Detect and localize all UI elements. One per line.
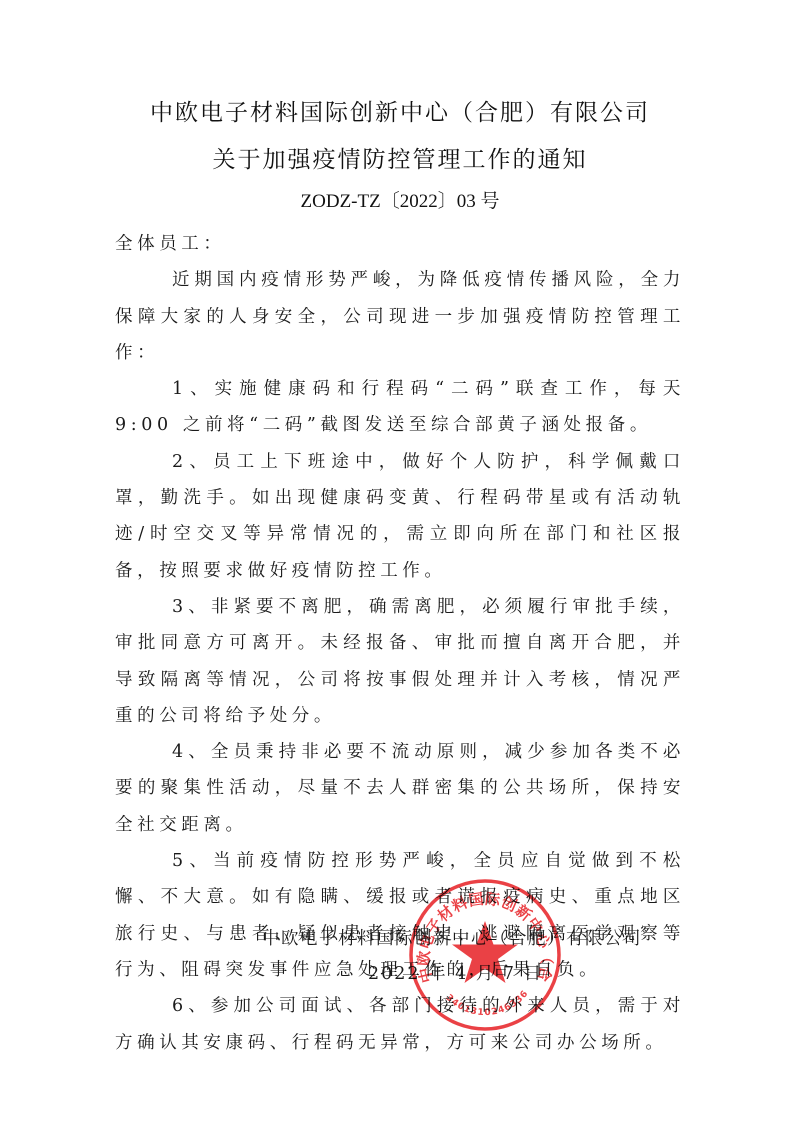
paragraph-item-1: 1、实施健康码和行程码“二码”联查工作，每天 9:00 之前将“二码”截图发送至…	[115, 371, 685, 444]
paragraph-item-4: 4、全员秉持非必要不流动原则，减少参加各类不必要的聚集性活动，尽量不去人群密集的…	[115, 734, 685, 843]
document-number: ZODZ-TZ〔2022〕03 号	[0, 186, 800, 213]
svg-text:3401310246336: 3401310246336	[443, 989, 530, 1019]
paragraph-item-6: 6、参加公司面试、各部门接待的外来人员，需于对方确认其安康码、行程码无异常，方可…	[115, 988, 685, 1061]
salutation: 全体员工：	[115, 226, 685, 262]
paragraph-item-2: 2、员工上下班途中，做好个人防护，科学佩戴口罩，勤洗手。如出现健康码变黄、行程码…	[115, 444, 685, 589]
paragraph-item-3: 3、非紧要不离肥，确需离肥，必须履行审批手续，审批同意方可离开。未经报备、审批而…	[115, 589, 685, 734]
document-title-subject: 关于加强疫情防控管理工作的通知	[0, 141, 800, 174]
document-title-company: 中欧电子材料国际创新中心（合肥）有限公司	[0, 94, 800, 127]
company-seal: 中欧电子材料国际创新中心（合肥）有限公司 3401310246336	[407, 877, 563, 1033]
document-page: 中欧电子材料国际创新中心（合肥）有限公司 关于加强疫情防控管理工作的通知 ZOD…	[0, 0, 800, 1131]
paragraph-intro: 近期国内疫情形势严峻，为降低疫情传播风险，全力保障大家的人身安全，公司现进一步加…	[115, 262, 685, 371]
star-icon	[452, 921, 518, 983]
seal-code: 3401310246336	[443, 989, 530, 1019]
